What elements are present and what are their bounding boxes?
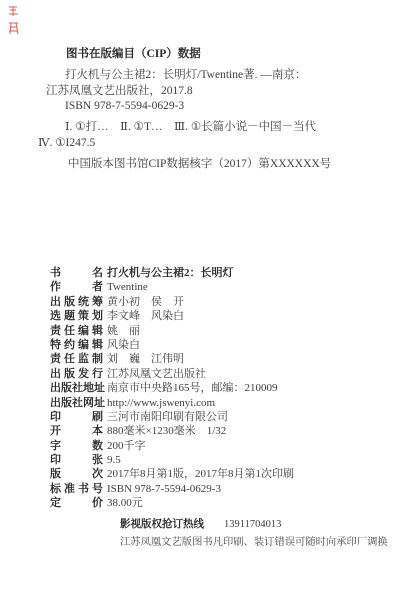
cip-record-line-2: 江苏凤凰文艺出版社，2017.8 xyxy=(46,84,331,100)
red-stamp-glyphs xyxy=(6,4,22,38)
row-value: 2017年8月第1版，2017年8月第1次印刷 xyxy=(107,468,294,480)
row-value: ISBN 978-7-5594-0629-3 xyxy=(107,483,221,495)
row-value: http://www.jswenyi.com xyxy=(107,397,215,409)
footer-block: 影视版权抢订热线13911704013 江苏凤凰文艺版图书凡印刷、装订错误可随时… xyxy=(120,518,388,549)
hotline-number: 13911704013 xyxy=(224,519,281,530)
table-row: 作者Twentine xyxy=(50,280,294,294)
copyright-page: 图书在版编目（CIP）数据 打火机与公主裙2：长明灯/Twentine著. —南… xyxy=(0,0,415,600)
row-value: 880毫米×1230毫米 1/32 xyxy=(107,425,226,437)
table-row: 出版社地址南京市中央路165号，邮编：210009 xyxy=(50,381,294,395)
row-value: 风染白 xyxy=(107,339,140,351)
row-label: 选题策划 xyxy=(50,309,103,323)
row-value: 9.5 xyxy=(107,454,121,466)
row-label: 开本 xyxy=(50,424,103,438)
row-label: 出版社地址 xyxy=(50,381,103,395)
table-row: 选题策划李文峰 风染白 xyxy=(50,309,294,323)
cip-data-block: 图书在版编目（CIP）数据 打火机与公主裙2：长明灯/Twentine著. —南… xyxy=(38,47,331,173)
row-value: 黄小初 侯 开 xyxy=(107,296,184,308)
colophon-table: 书名打火机与公主裙2：长明灯 作者Twentine 出版统筹黄小初 侯 开 选题… xyxy=(50,266,294,511)
row-label: 出版发行 xyxy=(50,367,103,381)
table-row: 特约编辑风染白 xyxy=(50,338,294,352)
red-stamp-mark xyxy=(6,4,22,38)
row-label: 出版社网址 xyxy=(50,396,103,410)
row-label: 定价 xyxy=(50,496,103,510)
cip-isbn-line: ISBN 978-7-5594-0629-3 xyxy=(65,99,331,115)
table-row: 开本880毫米×1230毫米 1/32 xyxy=(50,424,294,438)
table-row: 书名打火机与公主裙2：长明灯 xyxy=(50,266,294,280)
row-value: 三河市南阳印刷有限公司 xyxy=(107,411,228,423)
cip-verify-line: 中国版本图书馆CIP数据核字（2017）第XXXXXX号 xyxy=(68,157,331,173)
table-row: 定价38.00元 xyxy=(50,496,294,510)
row-label: 作者 xyxy=(50,280,103,294)
row-label: 版次 xyxy=(50,467,103,481)
table-row: 出版社网址http://www.jswenyi.com xyxy=(50,396,294,410)
row-label: 字数 xyxy=(50,439,103,453)
row-value: 200千字 xyxy=(107,440,146,452)
cip-heading: 图书在版编目（CIP）数据 xyxy=(66,47,331,63)
cip-class-line-1: Ⅰ. ①打… Ⅱ. ①T… Ⅲ. ①长篇小说－中国－当代 xyxy=(65,120,331,136)
table-row: 版次2017年8月第1版，2017年8月第1次印刷 xyxy=(50,467,294,481)
row-value: Twentine xyxy=(107,281,148,293)
row-value: 姚 丽 xyxy=(107,325,140,337)
table-row: 责任监制刘 巍 江伟明 xyxy=(50,352,294,366)
cip-record-line-1: 打火机与公主裙2：长明灯/Twentine著. —南京： xyxy=(65,68,331,84)
row-label: 责任编辑 xyxy=(50,324,103,338)
row-value: 刘 巍 江伟明 xyxy=(107,353,184,365)
hotline-label: 影视版权抢订热线 xyxy=(120,519,204,530)
table-row: 出版统筹黄小初 侯 开 xyxy=(50,295,294,309)
hotline-line: 影视版权抢订热线13911704013 xyxy=(120,518,388,531)
table-row: 标准书号ISBN 978-7-5594-0629-3 xyxy=(50,482,294,496)
row-label: 书名 xyxy=(50,266,103,280)
row-label: 出版统筹 xyxy=(50,295,103,309)
row-value: 打火机与公主裙2：长明灯 xyxy=(107,267,234,279)
row-label: 印张 xyxy=(50,453,103,467)
cip-class-line-2: Ⅳ. ①I247.5 xyxy=(38,136,331,152)
row-value: 江苏凤凰文艺出版社 xyxy=(107,368,206,380)
row-label: 标准书号 xyxy=(50,482,103,496)
row-value: 38.00元 xyxy=(107,497,143,509)
table-row: 印刷三河市南阳印刷有限公司 xyxy=(50,410,294,424)
row-value: 南京市中央路165号，邮编：210009 xyxy=(107,382,278,394)
table-row: 出版发行江苏凤凰文艺出版社 xyxy=(50,367,294,381)
row-label: 责任监制 xyxy=(50,352,103,366)
table-row: 字数200千字 xyxy=(50,439,294,453)
table-row: 责任编辑姚 丽 xyxy=(50,324,294,338)
row-value: 李文峰 风染白 xyxy=(107,310,184,322)
table-row: 印张9.5 xyxy=(50,453,294,467)
footer-note: 江苏凤凰文艺版图书凡印刷、装订错误可随时向承印厂调换 xyxy=(120,536,388,549)
row-label: 印刷 xyxy=(50,410,103,424)
row-label: 特约编辑 xyxy=(50,338,103,352)
